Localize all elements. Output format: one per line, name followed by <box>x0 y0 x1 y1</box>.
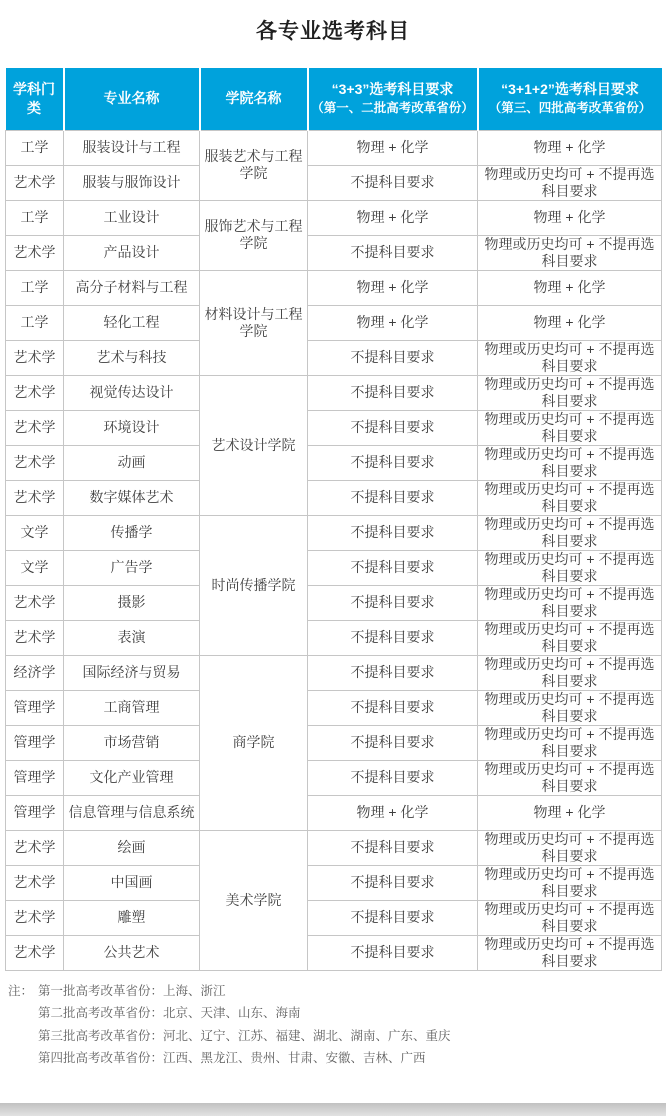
category-cell: 工学 <box>6 270 64 305</box>
major-cell: 国际经济与贸易 <box>64 655 200 690</box>
req-3-1-2-cell: 物理 + 化学 <box>478 200 662 235</box>
category-cell: 工学 <box>6 130 64 165</box>
table-row: 艺术学数字媒体艺术不提科目要求物理或历史均可 + 不提再选科目要求 <box>6 480 662 515</box>
major-cell: 表演 <box>64 620 200 655</box>
req-3-1-2-cell: 物理 + 化学 <box>478 130 662 165</box>
major-cell: 市场营销 <box>64 725 200 760</box>
college-cell: 服装艺术与工程学院 <box>200 130 308 200</box>
major-cell: 中国画 <box>64 865 200 900</box>
req-3-1-2-cell: 物理或历史均可 + 不提再选科目要求 <box>478 480 662 515</box>
table-row: 管理学工商管理不提科目要求物理或历史均可 + 不提再选科目要求 <box>6 690 662 725</box>
col-header-req-3-1-2-label: “3+1+2”选考科目要求 <box>480 80 661 99</box>
req-3-3-cell: 不提科目要求 <box>308 760 478 795</box>
major-cell: 信息管理与信息系统 <box>64 795 200 830</box>
footer-gradient-band <box>0 1103 666 1116</box>
category-cell: 管理学 <box>6 760 64 795</box>
table-row: 艺术学摄影不提科目要求物理或历史均可 + 不提再选科目要求 <box>6 585 662 620</box>
note-line-batch-2: 第二批高考改革省份：北京、天津、山东、海南 <box>38 1002 451 1025</box>
req-3-1-2-cell: 物理或历史均可 + 不提再选科目要求 <box>478 550 662 585</box>
category-cell: 文学 <box>6 515 64 550</box>
major-cell: 产品设计 <box>64 235 200 270</box>
category-cell: 工学 <box>6 305 64 340</box>
req-3-3-cell: 不提科目要求 <box>308 550 478 585</box>
major-cell: 服装与服饰设计 <box>64 165 200 200</box>
table-header: 学科门类 专业名称 学院名称 “3+3”选考科目要求 （第一、二批高考改革省份）… <box>6 68 662 130</box>
req-3-3-cell: 不提科目要求 <box>308 235 478 270</box>
req-3-1-2-cell: 物理或历史均可 + 不提再选科目要求 <box>478 865 662 900</box>
category-cell: 艺术学 <box>6 830 64 865</box>
note-line-batch-4: 第四批高考改革省份：江西、黑龙江、贵州、甘肃、安徽、吉林、广西 <box>38 1047 451 1070</box>
req-3-1-2-cell: 物理或历史均可 + 不提再选科目要求 <box>478 340 662 375</box>
page-title: 各专业选考科目 <box>0 18 666 46</box>
major-cell: 轻化工程 <box>64 305 200 340</box>
table-row: 艺术学公共艺术不提科目要求物理或历史均可 + 不提再选科目要求 <box>6 935 662 970</box>
category-cell: 艺术学 <box>6 480 64 515</box>
col-header-college-label: 学院名称 <box>202 89 306 108</box>
table-row: 文学广告学不提科目要求物理或历史均可 + 不提再选科目要求 <box>6 550 662 585</box>
req-3-1-2-cell: 物理或历史均可 + 不提再选科目要求 <box>478 235 662 270</box>
major-cell: 数字媒体艺术 <box>64 480 200 515</box>
req-3-3-cell: 不提科目要求 <box>308 410 478 445</box>
col-header-req-3-3-sublabel: （第一、二批高考改革省份） <box>310 99 476 117</box>
major-cell: 工商管理 <box>64 690 200 725</box>
col-header-major-label: 专业名称 <box>66 89 198 108</box>
req-3-3-cell: 物理 + 化学 <box>308 130 478 165</box>
req-3-3-cell: 不提科目要求 <box>308 585 478 620</box>
category-cell: 经济学 <box>6 655 64 690</box>
header-row: 学科门类 专业名称 学院名称 “3+3”选考科目要求 （第一、二批高考改革省份）… <box>6 68 662 130</box>
table-row: 管理学市场营销不提科目要求物理或历史均可 + 不提再选科目要求 <box>6 725 662 760</box>
req-3-3-cell: 物理 + 化学 <box>308 305 478 340</box>
req-3-1-2-cell: 物理或历史均可 + 不提再选科目要求 <box>478 760 662 795</box>
table-row: 工学高分子材料与工程材料设计与工程学院物理 + 化学物理 + 化学 <box>6 270 662 305</box>
col-header-category-label: 学科门类 <box>7 80 62 118</box>
req-3-1-2-cell: 物理或历史均可 + 不提再选科目要求 <box>478 690 662 725</box>
req-3-1-2-cell: 物理或历史均可 + 不提再选科目要求 <box>478 725 662 760</box>
table-row: 工学轻化工程物理 + 化学物理 + 化学 <box>6 305 662 340</box>
req-3-1-2-cell: 物理或历史均可 + 不提再选科目要求 <box>478 830 662 865</box>
category-cell: 文学 <box>6 550 64 585</box>
major-cell: 文化产业管理 <box>64 760 200 795</box>
req-3-3-cell: 不提科目要求 <box>308 620 478 655</box>
table-row: 艺术学雕塑不提科目要求物理或历史均可 + 不提再选科目要求 <box>6 900 662 935</box>
note-line-batch-3: 第三批高考改革省份：河北、辽宁、江苏、福建、湖北、湖南、广东、重庆 <box>38 1025 451 1048</box>
note-line-batch-1: 第一批高考改革省份：上海、浙江 <box>38 980 451 1003</box>
req-3-3-cell: 不提科目要求 <box>308 865 478 900</box>
table-row: 艺术学视觉传达设计艺术设计学院不提科目要求物理或历史均可 + 不提再选科目要求 <box>6 375 662 410</box>
req-3-1-2-cell: 物理 + 化学 <box>478 305 662 340</box>
req-3-3-cell: 不提科目要求 <box>308 655 478 690</box>
major-cell: 艺术与科技 <box>64 340 200 375</box>
req-3-3-cell: 不提科目要求 <box>308 480 478 515</box>
table-row: 工学工业设计服饰艺术与工程学院物理 + 化学物理 + 化学 <box>6 200 662 235</box>
major-cell: 高分子材料与工程 <box>64 270 200 305</box>
col-header-req-3-3-label: “3+3”选考科目要求 <box>310 80 476 99</box>
table-row: 艺术学服装与服饰设计不提科目要求物理或历史均可 + 不提再选科目要求 <box>6 165 662 200</box>
req-3-1-2-cell: 物理或历史均可 + 不提再选科目要求 <box>478 935 662 970</box>
category-cell: 管理学 <box>6 725 64 760</box>
table-row: 文学传播学时尚传播学院不提科目要求物理或历史均可 + 不提再选科目要求 <box>6 515 662 550</box>
category-cell: 艺术学 <box>6 445 64 480</box>
req-3-1-2-cell: 物理或历史均可 + 不提再选科目要求 <box>478 655 662 690</box>
subject-requirements-table: 学科门类 专业名称 学院名称 “3+3”选考科目要求 （第一、二批高考改革省份）… <box>5 68 662 971</box>
req-3-1-2-cell: 物理或历史均可 + 不提再选科目要求 <box>478 900 662 935</box>
req-3-3-cell: 物理 + 化学 <box>308 795 478 830</box>
req-3-1-2-cell: 物理或历史均可 + 不提再选科目要求 <box>478 165 662 200</box>
table-row: 艺术学动画不提科目要求物理或历史均可 + 不提再选科目要求 <box>6 445 662 480</box>
req-3-1-2-cell: 物理 + 化学 <box>478 270 662 305</box>
table-row: 艺术学中国画不提科目要求物理或历史均可 + 不提再选科目要求 <box>6 865 662 900</box>
note-lines: 第一批高考改革省份：上海、浙江 第二批高考改革省份：北京、天津、山东、海南 第三… <box>38 980 451 1070</box>
req-3-3-cell: 不提科目要求 <box>308 515 478 550</box>
major-cell: 动画 <box>64 445 200 480</box>
major-cell: 绘画 <box>64 830 200 865</box>
req-3-3-cell: 不提科目要求 <box>308 725 478 760</box>
major-cell: 传播学 <box>64 515 200 550</box>
major-cell: 广告学 <box>64 550 200 585</box>
major-cell: 工业设计 <box>64 200 200 235</box>
table-row: 艺术学绘画美术学院不提科目要求物理或历史均可 + 不提再选科目要求 <box>6 830 662 865</box>
category-cell: 艺术学 <box>6 340 64 375</box>
category-cell: 艺术学 <box>6 585 64 620</box>
col-header-req-3-3: “3+3”选考科目要求 （第一、二批高考改革省份） <box>308 68 478 130</box>
req-3-3-cell: 物理 + 化学 <box>308 200 478 235</box>
req-3-3-cell: 不提科目要求 <box>308 690 478 725</box>
major-cell: 环境设计 <box>64 410 200 445</box>
major-cell: 雕塑 <box>64 900 200 935</box>
major-cell: 服装设计与工程 <box>64 130 200 165</box>
table-row: 管理学信息管理与信息系统物理 + 化学物理 + 化学 <box>6 795 662 830</box>
college-cell: 材料设计与工程学院 <box>200 270 308 375</box>
note-label: 注： <box>8 980 38 1070</box>
college-cell: 时尚传播学院 <box>200 515 308 655</box>
category-cell: 工学 <box>6 200 64 235</box>
req-3-3-cell: 不提科目要求 <box>308 165 478 200</box>
req-3-3-cell: 不提科目要求 <box>308 445 478 480</box>
req-3-3-cell: 不提科目要求 <box>308 340 478 375</box>
major-cell: 摄影 <box>64 585 200 620</box>
college-cell: 服饰艺术与工程学院 <box>200 200 308 270</box>
col-header-major: 专业名称 <box>64 68 200 130</box>
col-header-category: 学科门类 <box>6 68 64 130</box>
category-cell: 艺术学 <box>6 165 64 200</box>
category-cell: 管理学 <box>6 795 64 830</box>
category-cell: 艺术学 <box>6 900 64 935</box>
category-cell: 管理学 <box>6 690 64 725</box>
req-3-1-2-cell: 物理或历史均可 + 不提再选科目要求 <box>478 585 662 620</box>
category-cell: 艺术学 <box>6 410 64 445</box>
table-body: 工学服装设计与工程服装艺术与工程学院物理 + 化学物理 + 化学艺术学服装与服饰… <box>6 130 662 970</box>
req-3-1-2-cell: 物理或历史均可 + 不提再选科目要求 <box>478 410 662 445</box>
req-3-3-cell: 不提科目要求 <box>308 375 478 410</box>
college-cell: 商学院 <box>200 655 308 830</box>
category-cell: 艺术学 <box>6 375 64 410</box>
college-cell: 美术学院 <box>200 830 308 970</box>
category-cell: 艺术学 <box>6 935 64 970</box>
table-row: 艺术学产品设计不提科目要求物理或历史均可 + 不提再选科目要求 <box>6 235 662 270</box>
req-3-3-cell: 不提科目要求 <box>308 830 478 865</box>
req-3-1-2-cell: 物理 + 化学 <box>478 795 662 830</box>
req-3-3-cell: 不提科目要求 <box>308 900 478 935</box>
notes-section: 注： 第一批高考改革省份：上海、浙江 第二批高考改革省份：北京、天津、山东、海南… <box>8 980 666 1070</box>
table-row: 艺术学表演不提科目要求物理或历史均可 + 不提再选科目要求 <box>6 620 662 655</box>
table-row: 管理学文化产业管理不提科目要求物理或历史均可 + 不提再选科目要求 <box>6 760 662 795</box>
req-3-1-2-cell: 物理或历史均可 + 不提再选科目要求 <box>478 375 662 410</box>
req-3-1-2-cell: 物理或历史均可 + 不提再选科目要求 <box>478 515 662 550</box>
table-row: 艺术学艺术与科技不提科目要求物理或历史均可 + 不提再选科目要求 <box>6 340 662 375</box>
req-3-1-2-cell: 物理或历史均可 + 不提再选科目要求 <box>478 445 662 480</box>
table-row: 工学服装设计与工程服装艺术与工程学院物理 + 化学物理 + 化学 <box>6 130 662 165</box>
major-cell: 视觉传达设计 <box>64 375 200 410</box>
req-3-1-2-cell: 物理或历史均可 + 不提再选科目要求 <box>478 620 662 655</box>
req-3-3-cell: 不提科目要求 <box>308 935 478 970</box>
category-cell: 艺术学 <box>6 235 64 270</box>
col-header-college: 学院名称 <box>200 68 308 130</box>
category-cell: 艺术学 <box>6 865 64 900</box>
table-row: 经济学国际经济与贸易商学院不提科目要求物理或历史均可 + 不提再选科目要求 <box>6 655 662 690</box>
category-cell: 艺术学 <box>6 620 64 655</box>
major-cell: 公共艺术 <box>64 935 200 970</box>
table-row: 艺术学环境设计不提科目要求物理或历史均可 + 不提再选科目要求 <box>6 410 662 445</box>
col-header-req-3-1-2-sublabel: （第三、四批高考改革省份） <box>480 99 661 117</box>
college-cell: 艺术设计学院 <box>200 375 308 515</box>
col-header-req-3-1-2: “3+1+2”选考科目要求 （第三、四批高考改革省份） <box>478 68 662 130</box>
req-3-3-cell: 物理 + 化学 <box>308 270 478 305</box>
